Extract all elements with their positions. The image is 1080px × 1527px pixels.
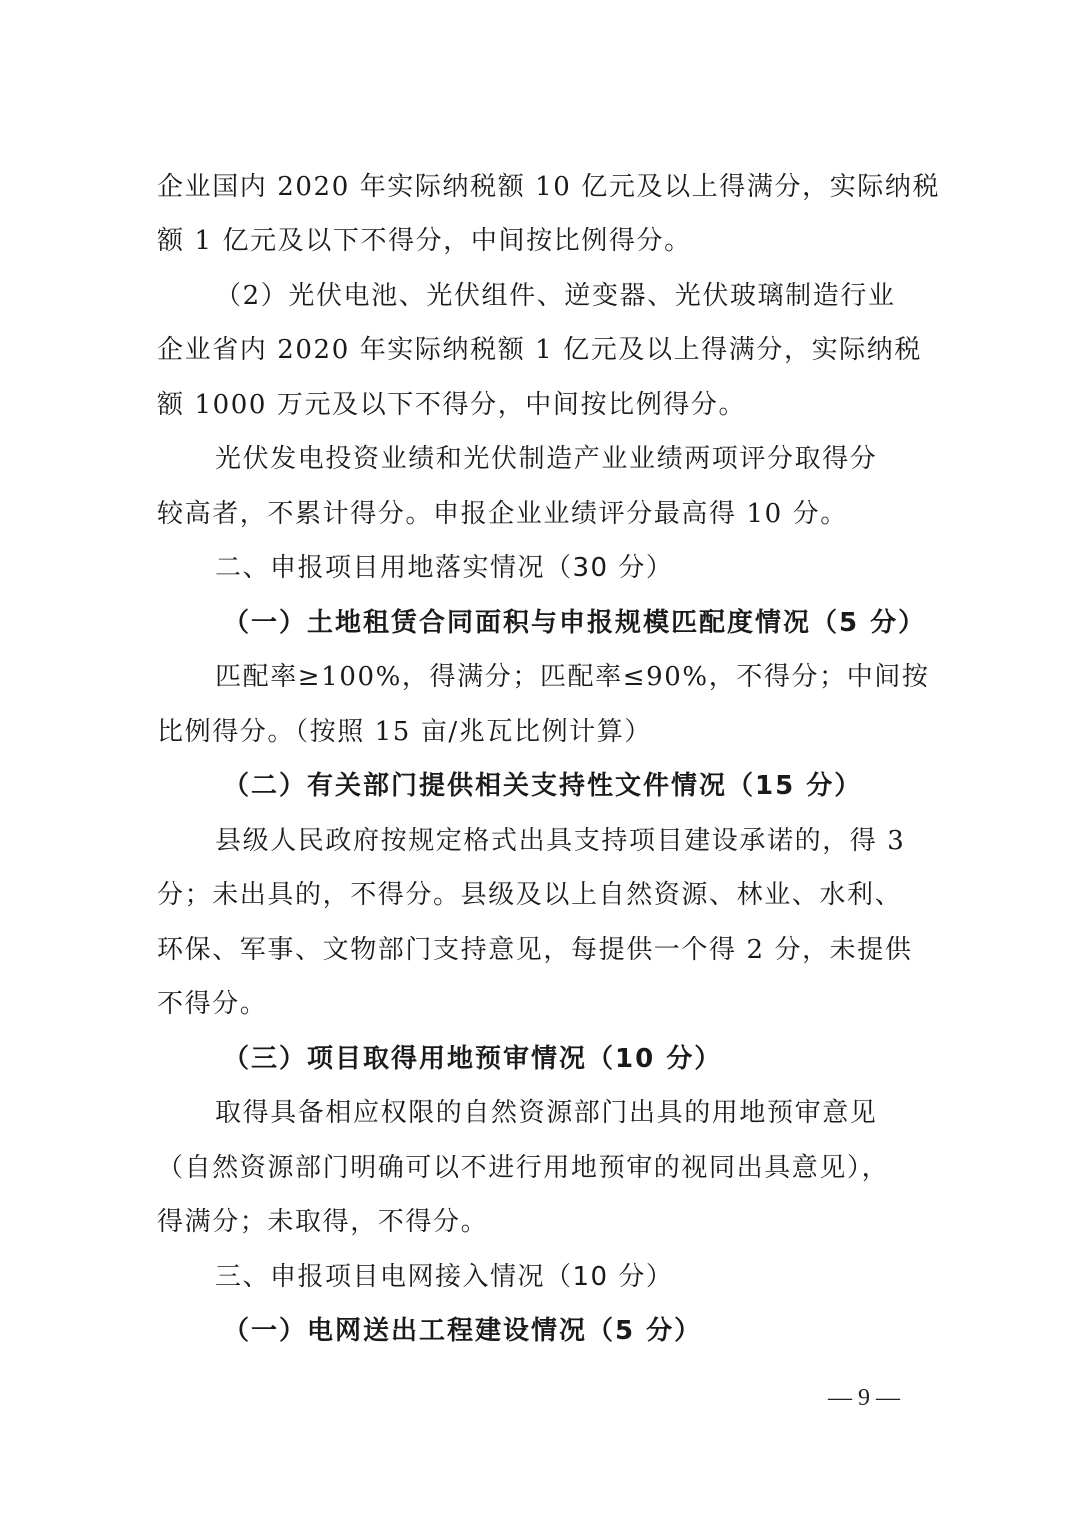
subsection-heading: （二）有关部门提供相关支持性文件情况（15 分） [223, 759, 862, 813]
body-text-line: 比例得分。（按照 15 亩/兆瓦比例计算） [157, 705, 652, 759]
body-text-line: 较高者，不累计得分。申报企业业绩评分最高得 10 分。 [157, 487, 848, 541]
body-text-line: （自然资源部门明确可以不进行用地预审的视同出具意见）， [157, 1141, 889, 1195]
body-text-line: 企业省内 2020 年实际纳税额 1 亿元及以上得满分，实际纳税 [157, 323, 922, 377]
paragraph-start: 匹配率≥100%，得满分；匹配率≤90%，不得分；中间按 [215, 650, 930, 704]
body-text-line: 环保、军事、文物部门支持意见，每提供一个得 2 分，未提供 [157, 923, 912, 977]
list-item-2: （2）光伏电池、光伏组件、逆变器、光伏玻璃制造行业 [215, 269, 896, 323]
body-text-line: 得满分；未取得，不得分。 [157, 1195, 488, 1249]
body-text-line: 不得分。 [157, 977, 267, 1031]
subsection-heading: （一）土地租赁合同面积与申报规模匹配度情况（5 分） [223, 596, 926, 650]
section-heading-3: 三、申报项目电网接入情况（10 分） [215, 1250, 673, 1304]
body-text-line: 额 1000 万元及以下不得分，中间按比例得分。 [157, 378, 746, 432]
subsection-heading: （一）电网送出工程建设情况（5 分） [223, 1304, 702, 1358]
page-number: — 9 — [828, 1378, 900, 1418]
subsection-heading: （三）项目取得用地预审情况（10 分） [223, 1032, 722, 1086]
paragraph-start: 县级人民政府按规定格式出具支持项目建设承诺的，得 3 [215, 814, 905, 868]
body-text-line: 企业国内 2020 年实际纳税额 10 亿元及以上得满分，实际纳税 [157, 160, 940, 214]
paragraph-start: 光伏发电投资业绩和光伏制造产业业绩两项评分取得分 [215, 432, 877, 486]
body-text-line: 分；未出具的，不得分。县级及以上自然资源、林业、水利、 [157, 868, 902, 922]
paragraph-start: 取得具备相应权限的自然资源部门出具的用地预审意见 [215, 1086, 877, 1140]
body-text-line: 额 1 亿元及以下不得分，中间按比例得分。 [157, 214, 692, 268]
section-heading-2: 二、申报项目用地落实情况（30 分） [215, 541, 673, 595]
